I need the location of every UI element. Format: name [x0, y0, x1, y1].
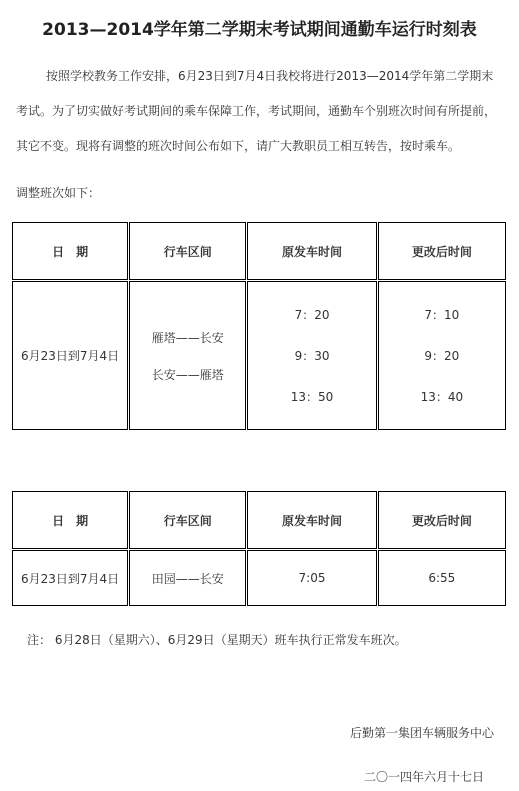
header-original-time: 原发车时间	[247, 491, 376, 549]
header-new-time: 更改后时间	[378, 491, 506, 549]
cell-original-time: 7:05	[247, 550, 376, 606]
intro-paragraph-line-3: 其它不变。现将有调整的班次时间公布如下，请广大教职员工相互转告，按时乘车。	[16, 137, 506, 154]
route-item: 雁塔——长安	[152, 329, 224, 346]
time-item: 7：20	[295, 306, 330, 323]
time-item: 13：40	[421, 388, 464, 405]
note-text: 注： 6月28日（星期六）、6月29日（星期天）班车执行正常发车班次。	[27, 631, 407, 648]
time-item: 7：10	[424, 306, 459, 323]
page-title: 2013—2014学年第二学期末考试期间通勤车运行时刻表	[0, 15, 519, 40]
time-item: 13：50	[291, 388, 334, 405]
table-row: 6月23日到7月4日 雁塔——长安 长安——雁塔 7：20 9：30 13：50…	[12, 281, 506, 430]
signature: 后勤第一集团车辆服务中心	[350, 724, 494, 741]
header-route: 行车区间	[129, 222, 246, 280]
header-date: 日 期	[12, 491, 128, 549]
header-new-time: 更改后时间	[378, 222, 506, 280]
header-date: 日 期	[12, 222, 128, 280]
cell-new-times: 7：10 9：20 13：40	[378, 281, 506, 430]
route-item: 长安——雁塔	[152, 366, 224, 383]
time-item: 9：20	[424, 347, 459, 364]
adjustment-heading: 调整班次如下：	[16, 184, 506, 201]
table-header-row: 日 期 行车区间 原发车时间 更改后时间	[12, 222, 506, 280]
schedule-table-2: 日 期 行车区间 原发车时间 更改后时间 6月23日到7月4日 田园——长安 7…	[11, 490, 507, 607]
schedule-table-1: 日 期 行车区间 原发车时间 更改后时间 6月23日到7月4日 雁塔——长安 长…	[11, 221, 507, 431]
table-row: 6月23日到7月4日 田园——长安 7:05 6:55	[12, 550, 506, 606]
cell-new-time: 6:55	[378, 550, 506, 606]
header-original-time: 原发车时间	[247, 222, 376, 280]
intro-paragraph-line-2: 考试。为了切实做好考试期间的乘车保障工作，考试期间，通勤车个别班次时间有所提前，	[16, 102, 506, 119]
time-item: 9：30	[295, 347, 330, 364]
header-route: 行车区间	[129, 491, 246, 549]
cell-routes: 雁塔——长安 长安——雁塔	[129, 281, 246, 430]
intro-paragraph-line-1: 按照学校教务工作安排，6月23日到7月4日我校将进行2013—2014学年第二学…	[46, 67, 519, 84]
table-header-row: 日 期 行车区间 原发车时间 更改后时间	[12, 491, 506, 549]
cell-original-times: 7：20 9：30 13：50	[247, 281, 376, 430]
issue-date: 二〇一四年六月十七日	[364, 768, 484, 785]
cell-route: 田园——长安	[129, 550, 246, 606]
cell-date: 6月23日到7月4日	[12, 550, 128, 606]
cell-date: 6月23日到7月4日	[12, 281, 128, 430]
